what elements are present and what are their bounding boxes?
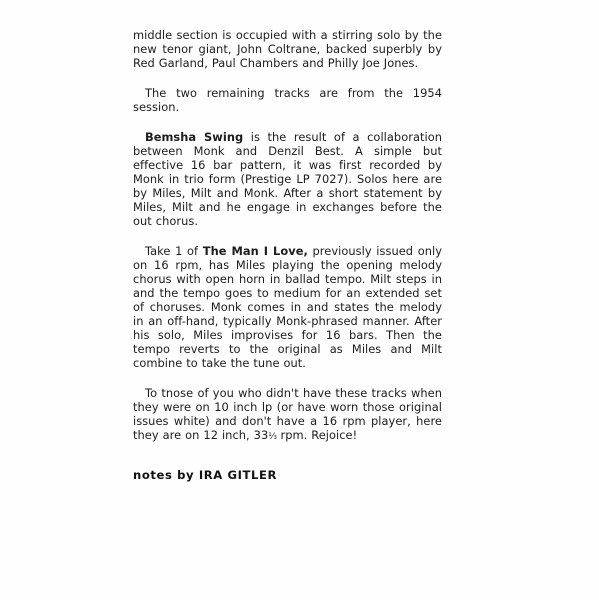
- paragraph-text: middle section is occupied with a stirri…: [133, 28, 442, 70]
- signature-prefix: notes by: [133, 468, 199, 482]
- signature-name: IRA GITLER: [199, 468, 277, 482]
- paragraph-bemsha-swing: Bemsha Swing is the result of a collabor…: [133, 130, 442, 228]
- paragraph-text: previously issued only on 16 rpm, has Mi…: [133, 244, 442, 370]
- paragraph-text: The two remaining tracks are from the 19…: [133, 86, 442, 114]
- text-column: middle section is occupied with a stirri…: [133, 28, 442, 482]
- paragraph-text: is the result of a collaboration between…: [133, 130, 442, 228]
- author-signature: notes by IRA GITLER: [133, 468, 442, 482]
- liner-notes-page: middle section is occupied with a stirri…: [0, 0, 599, 600]
- paragraph-the-man-i-love: Take 1 of The Man I Love, previously iss…: [133, 244, 442, 370]
- paragraph-coltrane: middle section is occupied with a stirri…: [133, 28, 442, 70]
- paragraph-lead: Take 1 of: [145, 244, 203, 258]
- fraction-one-third: ⅓: [268, 432, 276, 442]
- paragraph-text-end: rpm. Rejoice!: [277, 428, 358, 442]
- paragraph-rejoice: To tnose of you who didn't have these tr…: [133, 386, 442, 444]
- track-title-bemsha-swing: Bemsha Swing: [145, 130, 243, 144]
- paragraph-1954-session: The two remaining tracks are from the 19…: [133, 86, 442, 114]
- track-title-the-man-i-love: The Man I Love,: [203, 244, 308, 258]
